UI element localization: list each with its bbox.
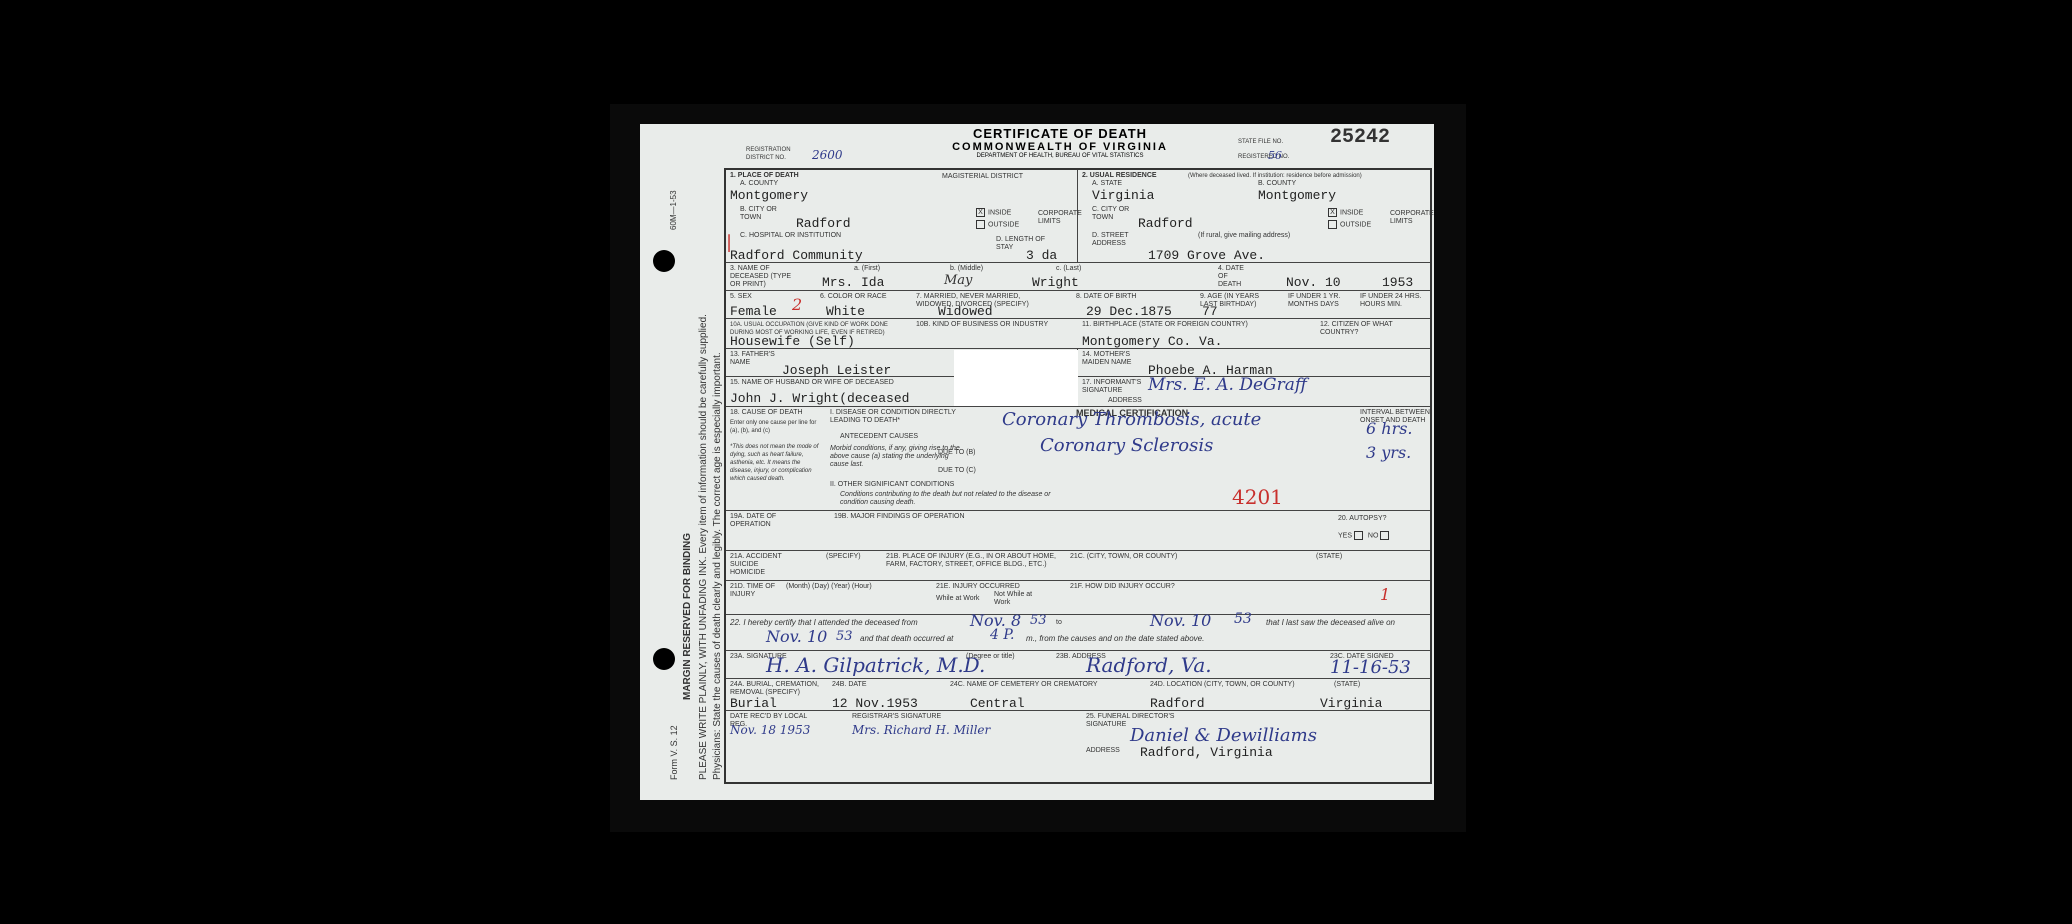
burial-location: Radford <box>1150 696 1205 711</box>
burial-state: Virginia <box>1320 696 1382 711</box>
margin-line-3: Physicians: State the causes of death cl… <box>712 352 724 780</box>
form-number: Form V. S. 12 <box>668 725 680 780</box>
usual-residence-section: 2. USUAL RESIDENCE (Where deceased lived… <box>1078 170 1430 263</box>
registration-district-label: Registration District No. <box>746 146 806 162</box>
date-received: Nov. 18 1953 <box>730 723 810 737</box>
physician-address: Radford, Va. <box>1086 653 1212 677</box>
death-county: Montgomery <box>730 188 808 203</box>
cause-b: Coronary Sclerosis <box>1040 435 1213 456</box>
length-of-stay: 3 da <box>1026 248 1057 263</box>
margin-binding: MARGIN RESERVED FOR BINDING <box>682 533 694 700</box>
occupation: Housewife (Self) <box>730 334 855 349</box>
disposition: Burial <box>730 696 777 711</box>
hospital: Radford Community <box>730 248 863 263</box>
signature-row: 23a. SIGNATURE H. A. Gilpatrick, M.D. (D… <box>726 651 1430 679</box>
injury-row: 21a. ACCIDENT SUICIDE HOMICIDE (Specify)… <box>726 551 1430 581</box>
death-year: 1953 <box>1382 275 1413 290</box>
burial-row: 24a. BURIAL, CREMATION, REMOVAL (Specify… <box>726 679 1430 711</box>
informant-signature: Mrs. E. A. DeGraff <box>1148 375 1307 395</box>
injury-time-row: 21d. TIME OF INJURY (Month) (Day) (Year)… <box>726 581 1430 615</box>
residence-county: Montgomery <box>1258 188 1336 203</box>
medical-certification: MEDICAL CERTIFICATION 18. CAUSE OF DEATH… <box>726 407 1430 511</box>
marital-status: Widowed <box>938 304 993 319</box>
registrar-signature: Mrs. Richard H. Miller <box>852 723 990 737</box>
occupation-row: 10a. USUAL OCCUPATION (Give kind of work… <box>726 319 1430 349</box>
operation-row: 19a. DATE OF OPERATION 19b. MAJOR FINDIN… <box>726 511 1430 551</box>
residence-street: 1709 Grove Ave. <box>1148 248 1265 263</box>
mother-row: 14. MOTHER'S MAIDEN NAME Phoebe A. Harma… <box>1078 349 1430 377</box>
registered-number: 56 <box>1268 149 1282 162</box>
deceased-first-name: Mrs. Ida <box>822 275 884 290</box>
cause-code: 4201 <box>1232 485 1283 509</box>
funeral-director-address: Radford, Virginia <box>1140 745 1273 760</box>
sex-code: 2 <box>792 295 802 314</box>
residence-state: Virginia <box>1092 188 1154 203</box>
department-name: DEPARTMENT OF HEALTH, BUREAU OF VITAL ST… <box>900 153 1220 159</box>
sex: Female <box>730 304 777 319</box>
deceased-last-name: Wright <box>1032 275 1079 290</box>
residence-city: Radford <box>1138 216 1193 231</box>
burial-date: 12 Nov.1953 <box>832 696 918 711</box>
age: 77 <box>1202 304 1218 319</box>
cemetery: Central <box>970 696 1025 711</box>
injury-red-mark: 1 <box>1380 585 1390 604</box>
physician-signature: H. A. Gilpatrick, M.D. <box>766 653 985 677</box>
registrar-row: DATE REC'D BY LOCAL REG. Nov. 18 1953 RE… <box>726 711 1430 782</box>
informant-row: 17. INFORMANT'S SIGNATURE Mrs. E. A. DeG… <box>1078 377 1430 407</box>
margin-line-2: PLEASE WRITE PLAINLY, WITH UNFADING INK.… <box>698 314 710 780</box>
funeral-director-signature: Daniel & Dewilliams <box>1130 725 1317 746</box>
interval-a: 6 hrs. <box>1366 419 1413 438</box>
form-code: 60M—1-53 <box>668 190 680 230</box>
redacted-area <box>954 350 1078 406</box>
red-tick-mark: | <box>726 232 732 253</box>
date-of-birth: 29 Dec.1875 <box>1086 304 1172 319</box>
certificate-form: 1. PLACE OF DEATH a. COUNTY Montgomery M… <box>724 168 1432 784</box>
certificate-header: CERTIFICATE OF DEATH COMMONWEALTH OF VIR… <box>900 126 1220 159</box>
death-city: Radford <box>796 216 851 231</box>
father-name: Joseph Leister <box>782 363 891 378</box>
state-file-number: 25242 <box>1330 126 1390 149</box>
attendance-certification: 22. I hereby certify that I attended the… <box>726 615 1430 651</box>
name-row: 3. NAME OF DECEASED (Type or Print) a. (… <box>726 263 1430 291</box>
date-signed: 11-16-53 <box>1330 657 1411 678</box>
death-date: Nov. 10 <box>1286 275 1341 290</box>
certificate-title: CERTIFICATE OF DEATH <box>900 126 1220 141</box>
deceased-middle-name: May <box>944 273 972 288</box>
spouse-name: John J. Wright(deceased <box>730 391 909 406</box>
place-of-death-section: 1. PLACE OF DEATH a. COUNTY Montgomery M… <box>726 170 1078 263</box>
state-name: COMMONWEALTH OF VIRGINIA <box>900 141 1220 153</box>
margin-instructions: Form V. S. 12 60M—1-53 MARGIN RESERVED F… <box>668 140 728 790</box>
cause-a: Coronary Thrombosis, acute <box>1002 409 1261 430</box>
birthplace: Montgomery Co. Va. <box>1082 334 1222 349</box>
interval-b: 3 yrs. <box>1366 443 1411 462</box>
registration-district-value: 2600 <box>812 148 843 162</box>
vitals-row: 5. SEX Female 2 6. COLOR OR RACE White 7… <box>726 291 1430 319</box>
race: White <box>826 304 865 319</box>
state-file-label: State File No. <box>1238 138 1283 146</box>
